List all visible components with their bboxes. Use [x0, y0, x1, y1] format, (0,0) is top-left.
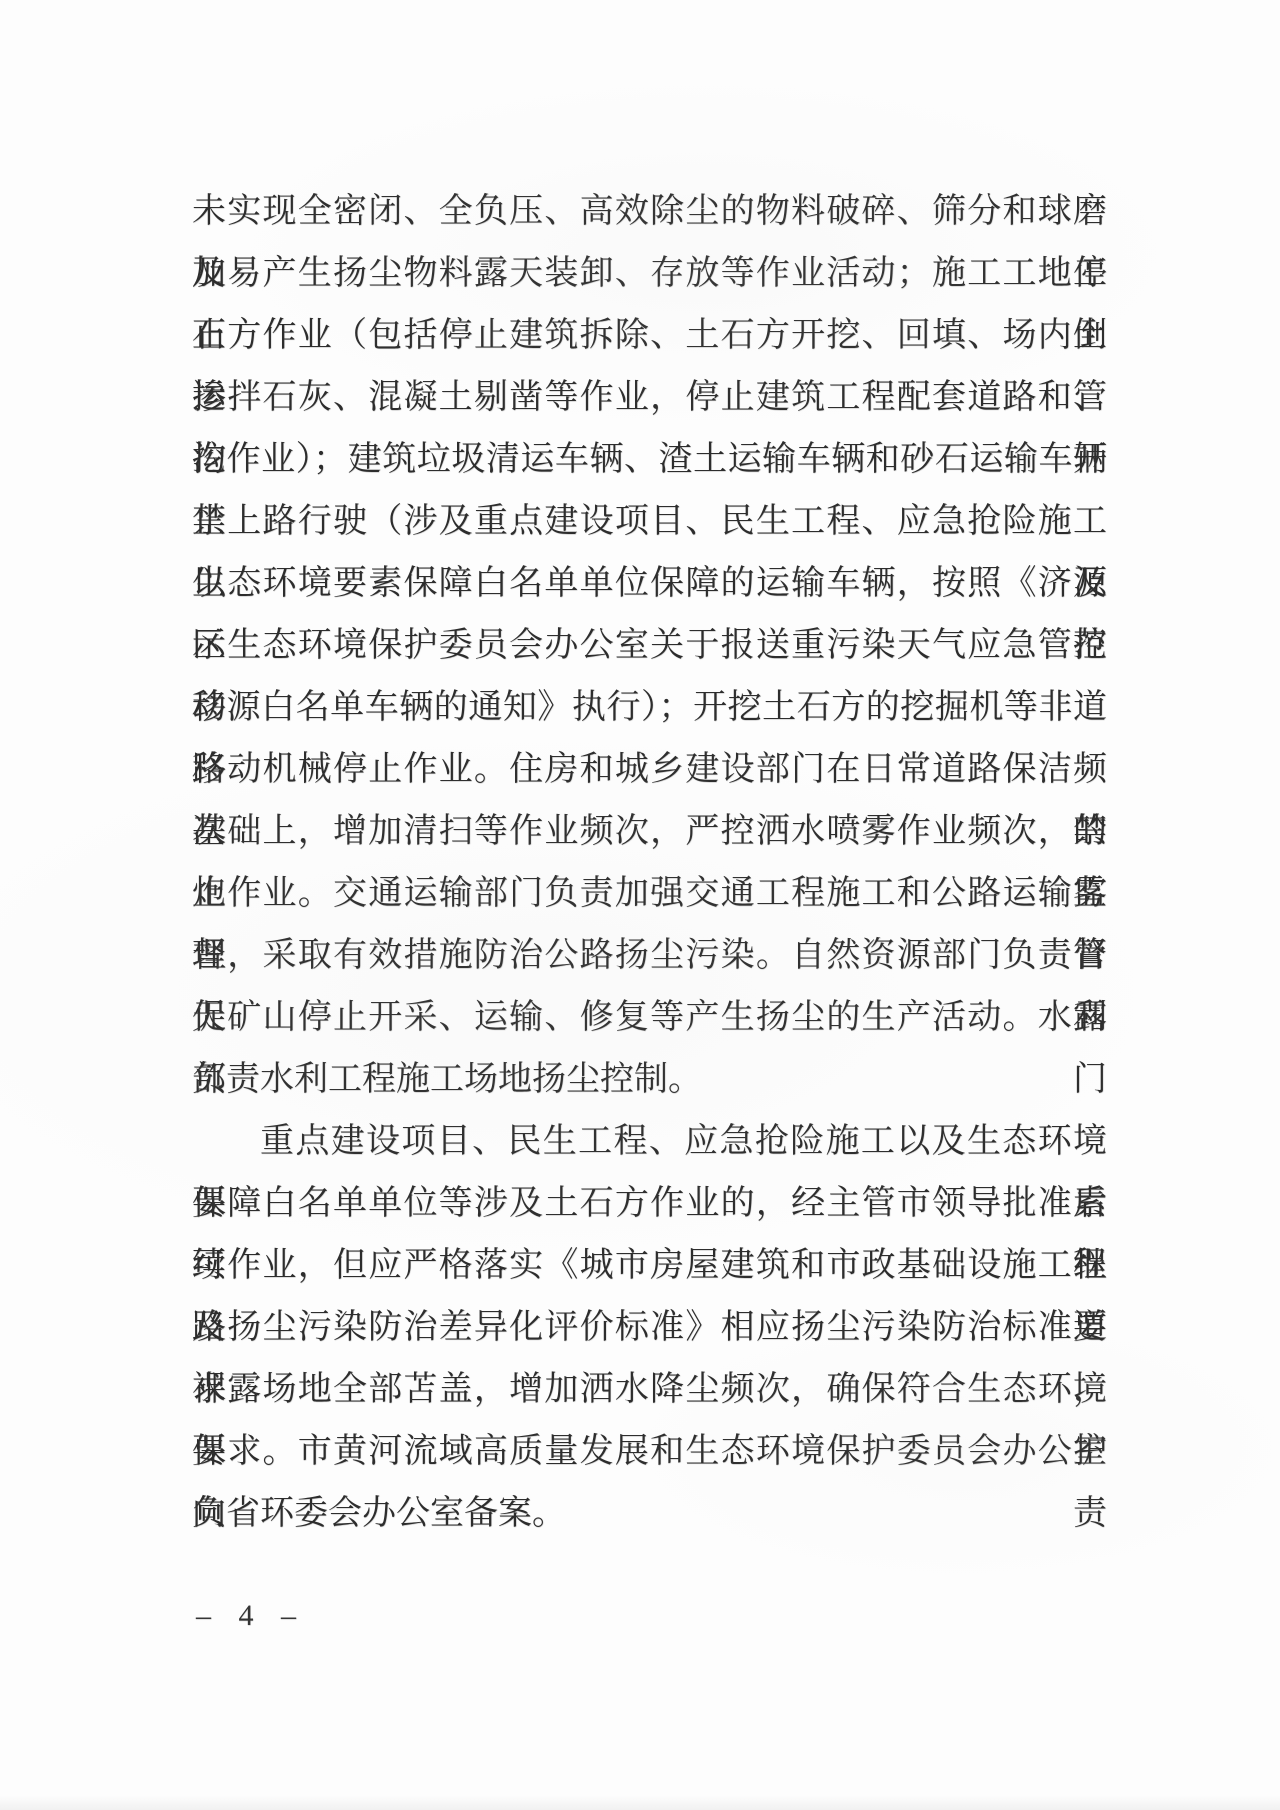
text-line-20: 裸露场地全部苫盖，增加洒水降尘频次，确保符合生态环境保护	[192, 1359, 1107, 1421]
text-line-18: 续作业，但应严格落实《城市房屋建筑和市政基础设施工程及道	[192, 1235, 1107, 1297]
text-line-6: 止上路行驶（涉及重点建设项目、民生工程、应急抢险施工以及	[192, 491, 1107, 553]
page-number: – 4 –	[196, 1592, 306, 1640]
text-line-10: 移动机械停止作业。住房和城乡建设部门在日常道路保洁频次的	[192, 739, 1107, 801]
text-line-9: 动源白名单车辆的通知》执行）；开挖土石方的挖掘机等非道路	[192, 677, 1107, 739]
text-line-8: 区生态环境保护委员会办公室关于报送重污染天气应急管控移	[192, 615, 1107, 677]
text-line-3: 石方作业（包括停止建筑拆除、土石方开挖、回填、场内倒运、	[192, 305, 1107, 367]
text-line-11: 基础上，增加清扫等作业频次，严控洒水喷雾作业频次，禁止雾	[192, 801, 1107, 863]
text-line-1: 未实现全密闭、全负压、高效除尘的物料破碎、筛分和球磨加工	[192, 181, 1107, 243]
text-line-16: 重点建设项目、民生工程、应急抢险施工以及生态环境要素	[192, 1111, 1107, 1173]
text-line-2: 及易产生扬尘物料露天装卸、存放等作业活动；施工工地停止土	[192, 243, 1107, 305]
text-line-14: 天矿山停止开采、运输、修复等产生扬尘的生产活动。水利部门	[192, 987, 1107, 1049]
document-page: 未实现全密闭、全负压、高效除尘的物料破碎、筛分和球磨加工 及易产生扬尘物料露天装…	[0, 0, 1280, 1810]
text-line-4: 掺拌石灰、混凝土剔凿等作业，停止建筑工程配套道路和管沟开	[192, 367, 1107, 429]
text-line-7: 生态环境要素保障白名单单位保障的运输车辆，按照《济源示范	[192, 553, 1107, 615]
text-line-19: 路扬尘污染防治差异化评价标准》相应扬尘污染防治标准要求，	[192, 1297, 1107, 1359]
text-line-5: 挖作业）；建筑垃圾清运车辆、渣土运输车辆和砂石运输车辆禁	[192, 429, 1107, 491]
text-line-13: 理，采取有效措施防治公路扬尘污染。自然资源部门负责督促露	[192, 925, 1107, 987]
document-body: 未实现全密闭、全负压、高效除尘的物料破碎、筛分和球磨加工 及易产生扬尘物料露天装…	[192, 181, 1107, 1545]
text-line-12: 炮作业。交通运输部门负责加强交通工程施工和公路运输监督管	[192, 863, 1107, 925]
text-line-17: 保障白名单单位等涉及土石方作业的，经主管市领导批准后可继	[192, 1173, 1107, 1235]
text-line-21: 要求。市黄河流域高质量发展和生态环境保护委员会办公室负责	[192, 1421, 1107, 1483]
